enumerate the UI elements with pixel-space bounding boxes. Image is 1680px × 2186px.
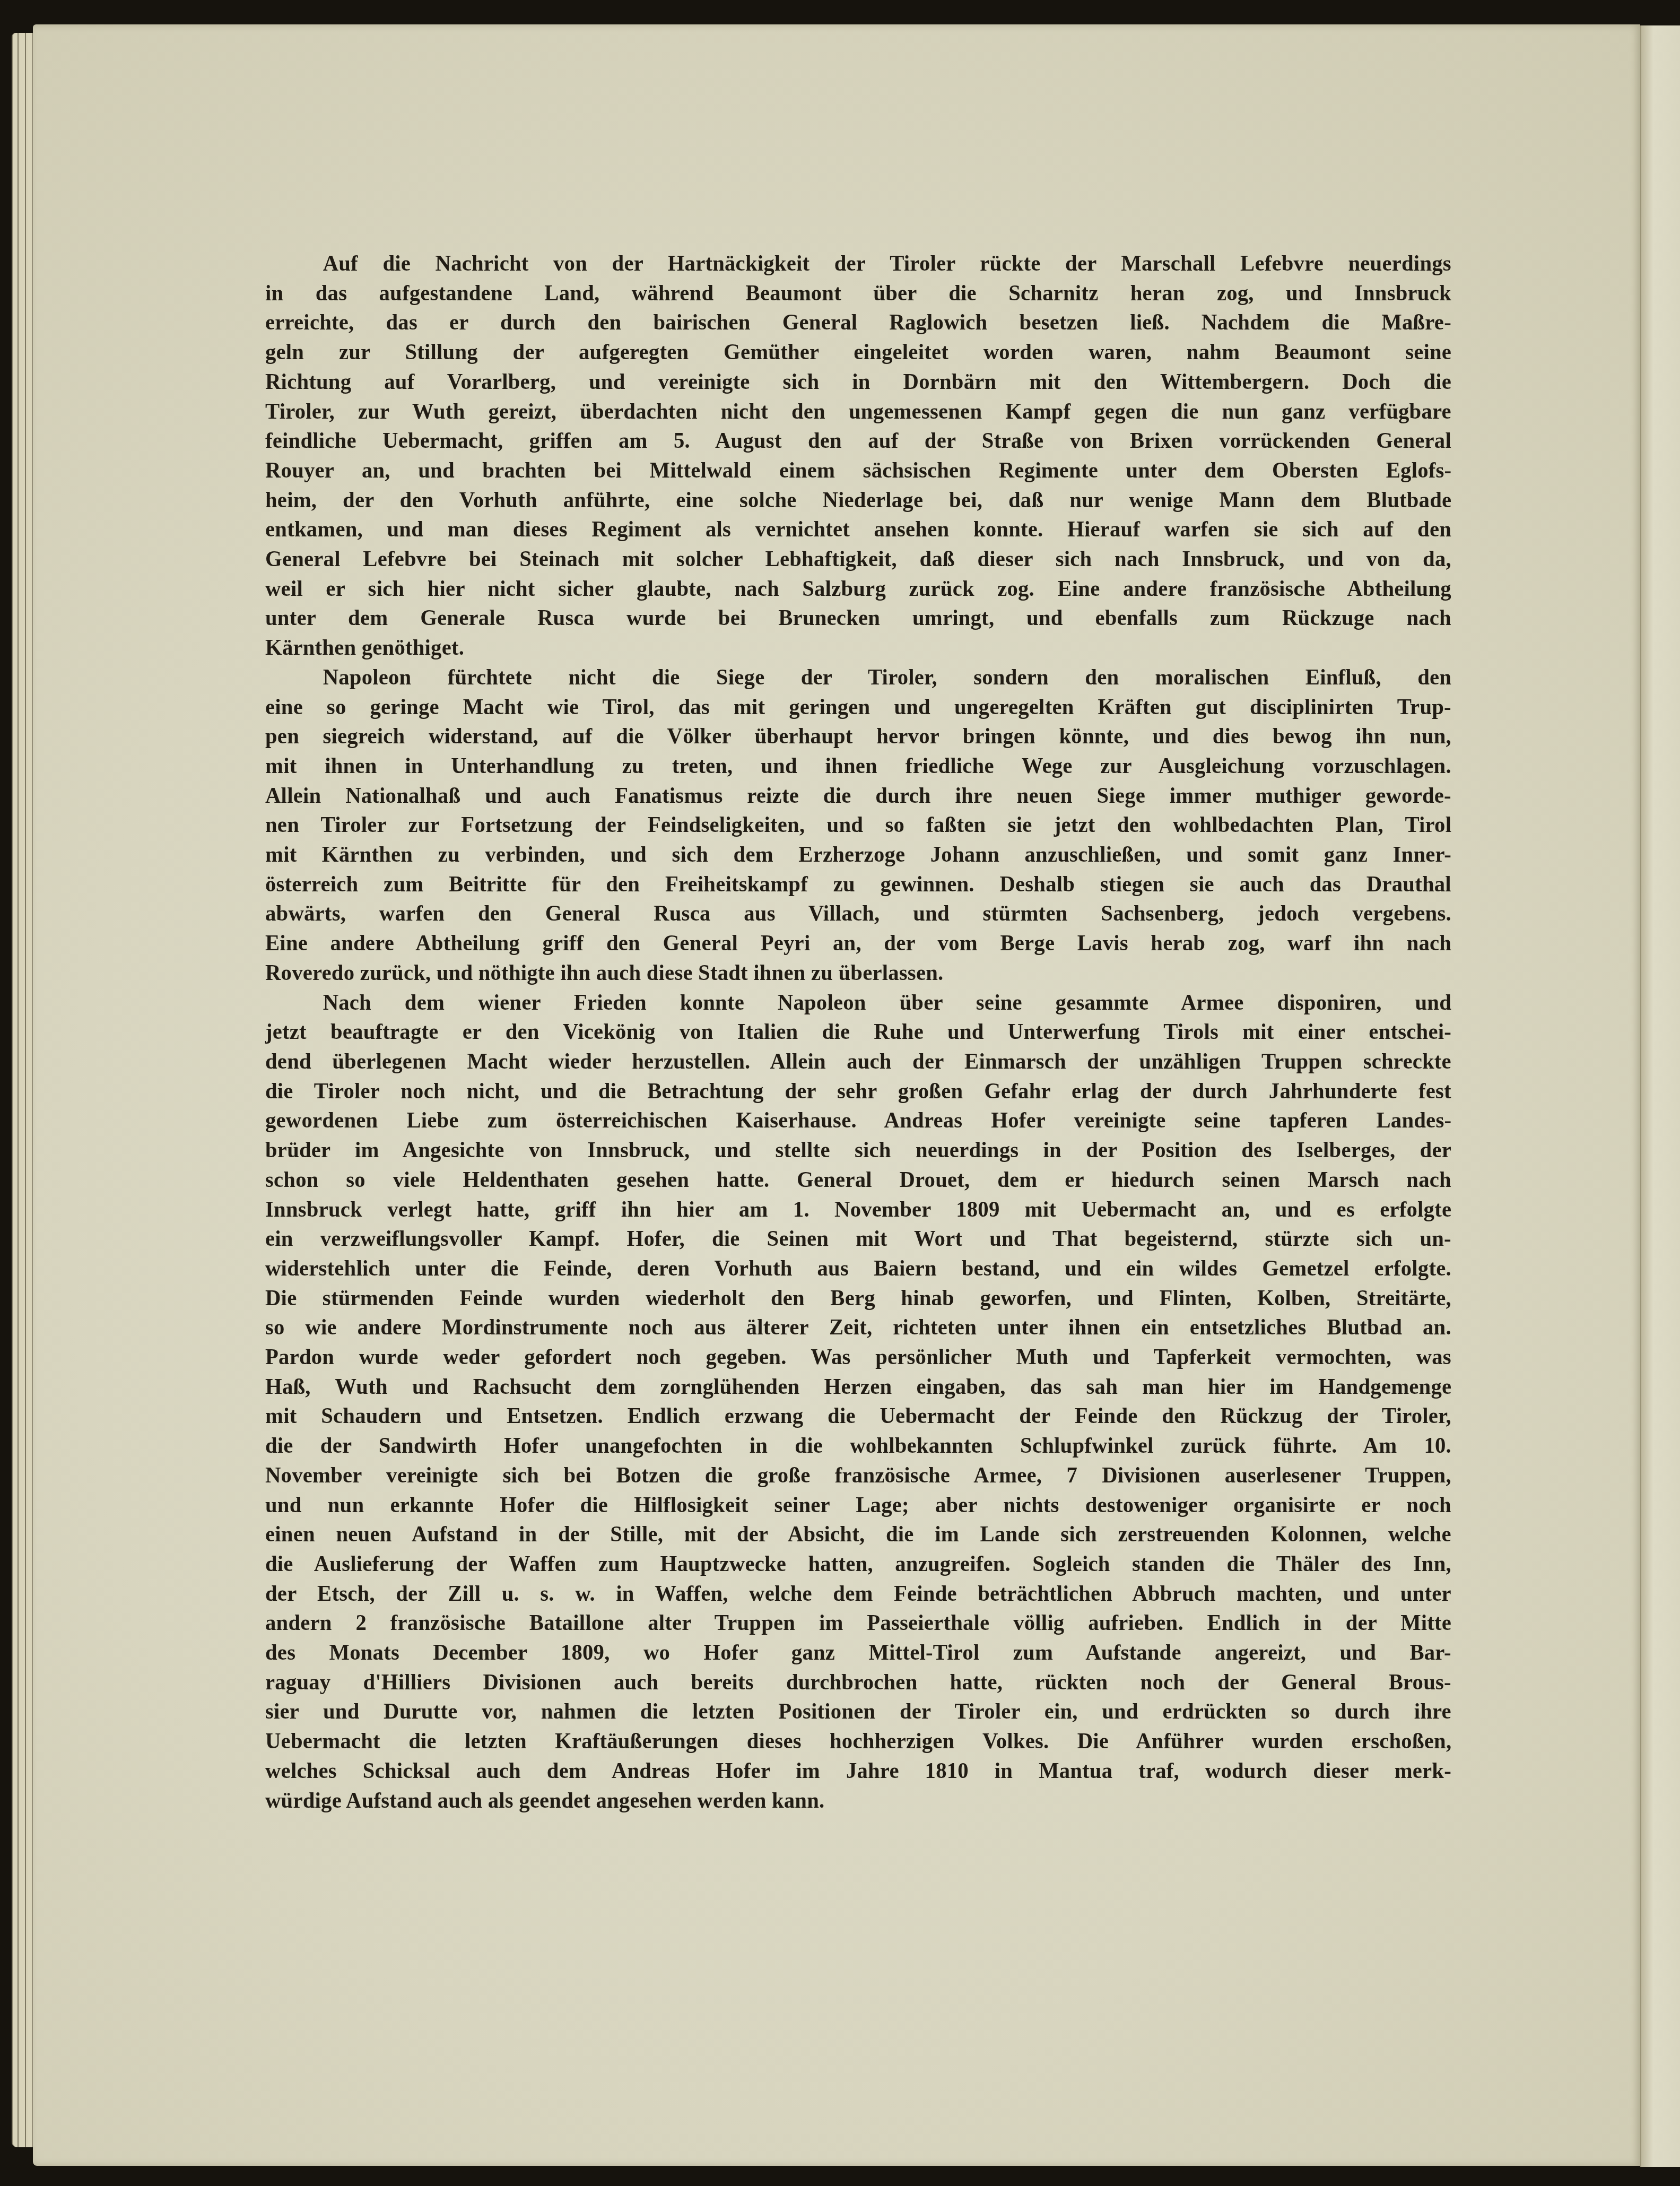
text-line: Eine andere Abtheilung griff den General… <box>265 929 1451 959</box>
text-line: nen Tiroler zur Fortsetzung der Feindsel… <box>265 811 1451 840</box>
text-line: würdige Aufstand auch als geendet angese… <box>265 1786 1451 1816</box>
text-line: dend überlegenen Macht wieder herzustell… <box>265 1047 1451 1077</box>
text-line: die Auslieferung der Waffen zum Hauptzwe… <box>265 1550 1451 1580</box>
text-line: mit Kärnthen zu verbinden, und sich dem … <box>265 840 1451 870</box>
text-line: abwärts, warfen den General Rusca aus Vi… <box>265 899 1451 929</box>
paragraph-3: Nach dem wiener Frieden konnte Napoleon … <box>265 988 1451 1816</box>
text-line: österreich zum Beitritte für den Freihei… <box>265 870 1451 900</box>
text-line: die Tiroler noch nicht, und die Betracht… <box>265 1077 1451 1107</box>
text-line: welches Schicksal auch dem Andreas Hofer… <box>265 1757 1451 1786</box>
text-line: entkamen, und man dieses Regiment als ve… <box>265 515 1451 545</box>
text-line: Auf die Nachricht von der Hartnäckigkeit… <box>265 249 1451 279</box>
text-line: Innsbruck verlegt hatte, griff ihn hier … <box>265 1195 1451 1225</box>
text-line: andern 2 französische Bataillone alter T… <box>265 1609 1451 1638</box>
text-line: Allein Nationalhaß und auch Fanatismus r… <box>265 782 1451 811</box>
text-line: brüder im Angesichte von Innsbruck, und … <box>265 1136 1451 1166</box>
text-line: eine so geringe Macht wie Tirol, das mit… <box>265 693 1451 723</box>
paragraph-2: Napoleon fürchtete nicht die Siege der T… <box>265 663 1451 988</box>
text-line: der Etsch, der Zill u. s. w. in Waffen, … <box>265 1580 1451 1609</box>
text-line: Richtung auf Vorarlberg, und vereinigte … <box>265 368 1451 397</box>
text-line: jetzt beauftragte er den Vicekönig von I… <box>265 1018 1451 1047</box>
text-line: weil er sich hier nicht sicher glaubte, … <box>265 575 1451 604</box>
text-line: Rouyer an, und brachten bei Mittelwald e… <box>265 456 1451 486</box>
text-line: Roveredo zurück, und nöthigte ihn auch d… <box>265 959 1451 988</box>
text-line: in das aufgestandene Land, während Beaum… <box>265 279 1451 309</box>
text-line: geln zur Stillung der aufgeregten Gemüth… <box>265 338 1451 368</box>
text-line: Pardon wurde weder gefordert noch gegebe… <box>265 1343 1451 1373</box>
text-line: unter dem Generale Rusca wurde bei Brune… <box>265 604 1451 634</box>
text-line: ein verzweiflungsvoller Kampf. Hofer, di… <box>265 1225 1451 1254</box>
text-line: pen siegreich widerstand, auf die Völker… <box>265 722 1451 752</box>
text-line: sier und Durutte vor, nahmen die letzten… <box>265 1697 1451 1727</box>
text-line: Die stürmenden Feinde wurden wiederholt … <box>265 1284 1451 1314</box>
text-line: Nach dem wiener Frieden konnte Napoleon … <box>265 988 1451 1018</box>
text-line: mit ihnen in Unterhandlung zu treten, un… <box>265 752 1451 782</box>
text-line: und nun erkannte Hofer die Hilflosigkeit… <box>265 1491 1451 1521</box>
text-line: mit Schaudern und Entsetzen. Endlich erz… <box>265 1402 1451 1432</box>
body-text: Auf die Nachricht von der Hartnäckigkeit… <box>265 249 1488 1816</box>
text-line: General Lefebvre bei Steinach mit solche… <box>265 545 1451 575</box>
facing-page-edge <box>1640 25 1680 2167</box>
text-line: so wie andere Mordinstrumente noch aus ä… <box>265 1313 1451 1343</box>
text-line: schon so viele Heldenthaten gesehen hatt… <box>265 1166 1451 1195</box>
text-line: Kärnthen genöthiget. <box>265 634 1451 663</box>
text-line: die der Sandwirth Hofer unangefochten in… <box>265 1432 1451 1461</box>
text-line: des Monats December 1809, wo Hofer ganz … <box>265 1638 1451 1668</box>
text-line: November vereinigte sich bei Botzen die … <box>265 1461 1451 1491</box>
text-line: feindliche Uebermacht, griffen am 5. Aug… <box>265 427 1451 456</box>
text-line: gewordenen Liebe zum österreichischen Ka… <box>265 1106 1451 1136</box>
text-line: erreichte, das er durch den bairischen G… <box>265 308 1451 338</box>
text-line: Tiroler, zur Wuth gereizt, überdachten n… <box>265 397 1451 427</box>
text-line: einen neuen Aufstand in der Stille, mit … <box>265 1520 1451 1550</box>
text-line: Uebermacht die letzten Kraftäußerungen d… <box>265 1727 1451 1757</box>
text-line: widerstehlich unter die Feinde, deren Vo… <box>265 1254 1451 1284</box>
text-line: heim, der den Vorhuth anführte, eine sol… <box>265 486 1451 516</box>
paragraph-1: Auf die Nachricht von der Hartnäckigkeit… <box>265 249 1451 663</box>
text-line: raguay d'Hilliers Divisionen auch bereit… <box>265 1668 1451 1698</box>
text-line: Haß, Wuth und Rachsucht dem zornglühende… <box>265 1373 1451 1402</box>
text-line: Napoleon fürchtete nicht die Siege der T… <box>265 663 1451 693</box>
